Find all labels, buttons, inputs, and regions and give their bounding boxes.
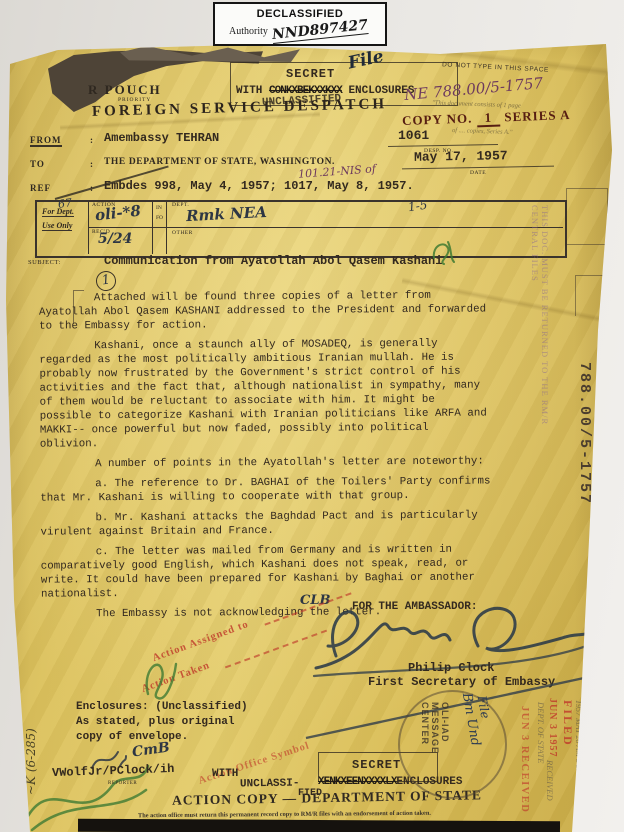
bottom-black-bar [78,819,560,832]
declassified-slip: DECLASSIFIED Authority NND897427 [213,2,387,46]
filed-stamp: FILED [560,700,575,747]
other-label: OTHER [172,230,193,236]
dept-of-state-received-stamp: DEPT. OF STATE [536,702,546,763]
use-only-label: Use Only [42,221,72,231]
margin-number-circled: 1 [95,270,118,293]
torn-edge [120,46,300,62]
right-margin-corner [575,275,609,316]
hbs-stamp: HBS [592,688,607,714]
series-label: SERIES [504,108,557,125]
body-paragraph-3: A number of points in the Ayatollah's le… [40,454,492,471]
fine-print-line: The action office must return this perma… [138,810,431,820]
body-paragraph-2: Kashani, once a staunch ally of MOSADEQ,… [39,336,492,451]
scanned-document-photo: R POUCH PRIORITY SECRET WITH CONKXBEKXXK… [0,0,624,832]
handwritten-pages-note: 1-5 [407,198,428,215]
copy-number: 1 [476,110,500,128]
right-margin-box [566,188,608,245]
received-word-stamp: RECEIVED [545,760,555,801]
to-label: TO [30,159,45,169]
body-point-b: b. Mr. Kashani attacks the Baghdad Pact … [40,508,492,539]
with-word: WITH [236,85,262,97]
date-underline [402,166,554,170]
series-letter: A [560,107,571,122]
footer-overstruck-word: XENKXEENXXXXLX [318,776,396,788]
handwritten-67: 67 [57,196,73,211]
from-colon: : [90,135,93,145]
routing-divider [88,227,563,228]
green-initials-scribble [138,652,180,702]
ref-label: REF [30,183,51,193]
authority-label: Authority [229,26,268,37]
copy-no-label: COPY NO. [402,110,473,127]
despatch-number-underline [388,144,498,147]
from-value: Amembassy TEHRAN [104,131,219,145]
copy-number-stamp: COPY NO. 1 SERIES A [402,107,571,129]
reporter-label: REPORTER [108,781,137,786]
enclosures-block: Enclosures: (Unclassified) As stated, pl… [76,700,248,745]
drafter-line: VWolfJr/PClock/ih [52,762,175,780]
left-margin-handwriting: Copy 2 Heitinger ~K (6-285) [10,595,50,825]
pouch-label: R POUCH [88,82,162,98]
footer-with-word: WITH [212,768,238,780]
file-number-vertical: 788.00/5-1757 [576,362,593,505]
subject-label: SUBJECT: [28,259,61,266]
info-vertical-label: INFO [156,203,164,223]
jun-received-stamp: JUN 3 RECEIVED [519,706,530,813]
received-date-stamp: 1957 MAY 28 AM 8 57 [574,700,583,773]
to-colon: : [90,159,93,169]
footer-unclassi-word: UNCLASSI- [240,777,300,790]
to-value: THE DEPARTMENT OF STATE, WASHINGTON. [104,157,335,167]
message-center-text: OLI-IAD MESSAGE CENTER [420,702,450,787]
left-hw-line1: Copy 2 Heitinger [10,595,24,825]
consists-note-line1: "This document consists of 1 page [432,99,521,109]
footer-secret-classification: SECRET [352,758,401,772]
body-point-a: a. The reference to Dr. BAGHAI of the To… [40,474,492,505]
authority-number-handwritten: NND897427 [272,17,369,44]
filed-date-stamp: JUN 3 1957 [547,698,558,757]
secret-classification: SECRET [286,67,335,81]
despatch-body: Attached will be found three copies of a… [39,288,493,621]
despatch-date: May 17, 1957 [414,148,508,165]
return-to-files-stamp: THIS DOC. MUST BE RETURNED TO THE RM/R C… [530,205,550,495]
body-paragraph-1: Attached will be found three copies of a… [39,288,491,333]
ref-value: Embdes 998, May 4, 1957; 1017, May 8, 19… [104,179,414,193]
received-dept-text: DEPT. OF STATE [536,702,546,763]
body-point-c: c. The letter was mailed from Germany an… [41,542,493,601]
date-label: DATE [470,170,486,176]
left-hw-line2: ~K (6-285) [24,595,38,795]
from-label: FROM [30,135,62,147]
consists-note-line2: of .... copies, Series A." [452,127,513,136]
green-check-scribble [428,238,458,266]
despatch-number: 1061 [398,128,429,143]
recd-handwritten-value: 5/24 [98,231,132,247]
despatch-paper: R POUCH PRIORITY SECRET WITH CONKXBEKXXK… [0,0,624,832]
subject-value: Communication from Ayatollah Abol Qasem … [104,254,442,268]
